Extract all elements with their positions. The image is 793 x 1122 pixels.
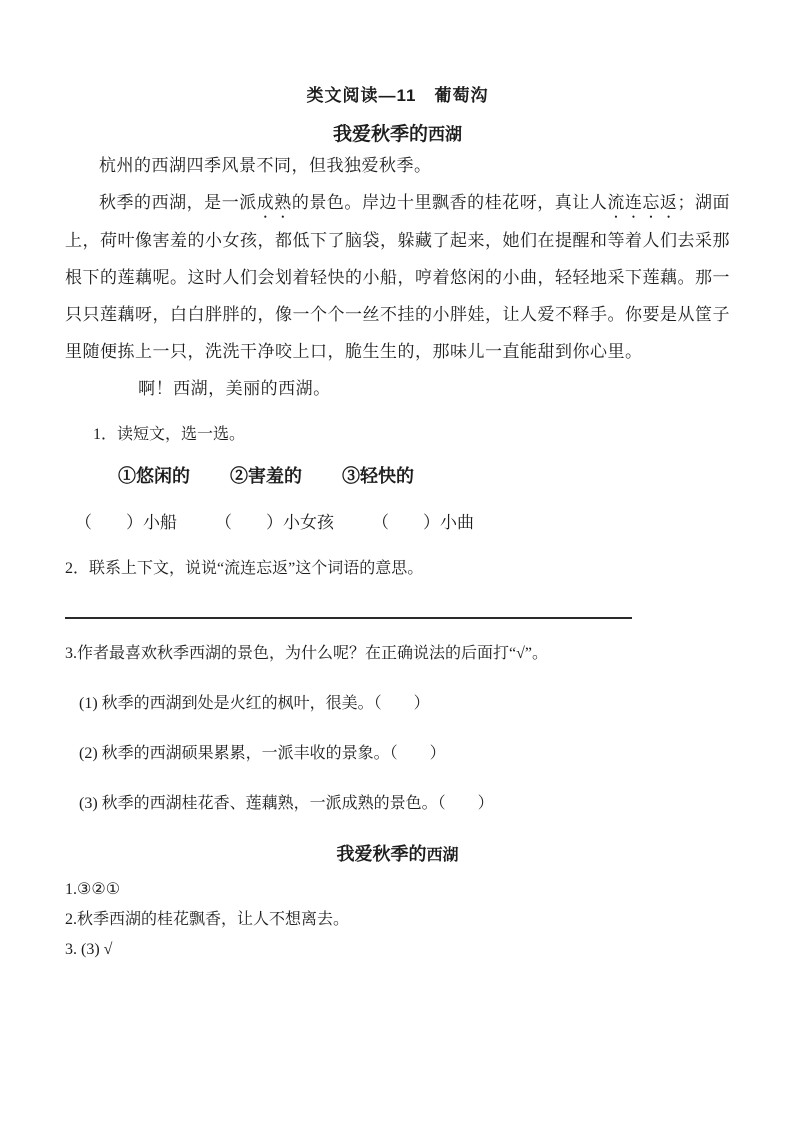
answer-key-title-tail: 西湖 [426, 847, 458, 864]
passage-paragraph-2: 秋季的西湖，是一派成熟的景色。岸边十里飘香的桂花呀，真让人流连忘返；湖面上，荷叶… [65, 184, 730, 370]
answer-blank-line [65, 617, 632, 619]
blank-xiaonvhai: （ ）小女孩 [215, 513, 334, 532]
blank-xiaochuan: （ ）小船 [75, 513, 177, 532]
question-3-item-2: (2) 秋季的西湖硕果累累，一派丰收的景象。（ ） [65, 735, 730, 772]
answer-1: 1.③②① [65, 875, 730, 905]
question-1-options: ①悠闲的②害羞的③轻快的 [65, 458, 730, 495]
passage-paragraph-1: 杭州的西湖四季风景不同，但我独爱秋季。 [65, 147, 730, 184]
question-3-label: 3.作者最喜欢秋季西湖的景色，为什么呢？在正确说法的后面打“√”。 [65, 635, 730, 672]
emphasized-word-chengshu: 成熟 [257, 193, 292, 212]
answer-3: 3. (3) √ [65, 935, 730, 965]
passage-title-tail: 西湖 [428, 125, 462, 144]
passage-title: 我爱秋季的西湖 [65, 121, 730, 147]
answer-key-title: 我爱秋季的西湖 [65, 840, 730, 869]
paragraph-2-segment: 秋季的西湖，是一派 [99, 193, 257, 212]
option-1: ①悠闲的 [118, 466, 190, 486]
worksheet-page: 类文阅读—11 葡萄沟 我爱秋季的西湖 杭州的西湖四季风景不同，但我独爱秋季。 … [0, 0, 793, 1122]
passage-paragraph-3: 啊！西湖，美丽的西湖。 [65, 370, 730, 407]
answer-2: 2.秋季西湖的桂花飘香，让人不想离去。 [65, 905, 730, 935]
option-2: ②害羞的 [230, 466, 302, 486]
passage-title-main: 我爱秋季的 [333, 124, 428, 145]
question-3-item-3: (3) 秋季的西湖桂花香、莲藕熟，一派成熟的景色。（ ） [65, 785, 730, 822]
question-3-item-1: (1) 秋季的西湖到处是火红的枫叶，很美。（ ） [65, 685, 730, 722]
paragraph-2-segment: ；湖面上，荷叶像害羞的小女孩，都低下了脑袋，躲藏了起来，她们在提醒和等着人们去采… [65, 193, 730, 361]
question-1-blanks: （ ）小船（ ）小女孩（ ）小曲 [65, 504, 730, 541]
emphasized-word-liulianwangfan: 流连忘返 [607, 193, 677, 212]
question-1-label: 1．读短文，选一选。 [65, 416, 730, 453]
answer-key-title-main: 我爱秋季的 [336, 844, 426, 864]
lesson-title: 类文阅读—11 葡萄沟 [65, 86, 730, 106]
option-3: ③轻快的 [342, 466, 414, 486]
blank-xiaoqu: （ ）小曲 [372, 513, 474, 532]
paragraph-2-segment: 的景色。岸边十里飘香的桂花呀，真让人 [292, 193, 608, 212]
question-2-label: 2．联系上下文，说说“流连忘返”这个词语的意思。 [65, 550, 730, 587]
